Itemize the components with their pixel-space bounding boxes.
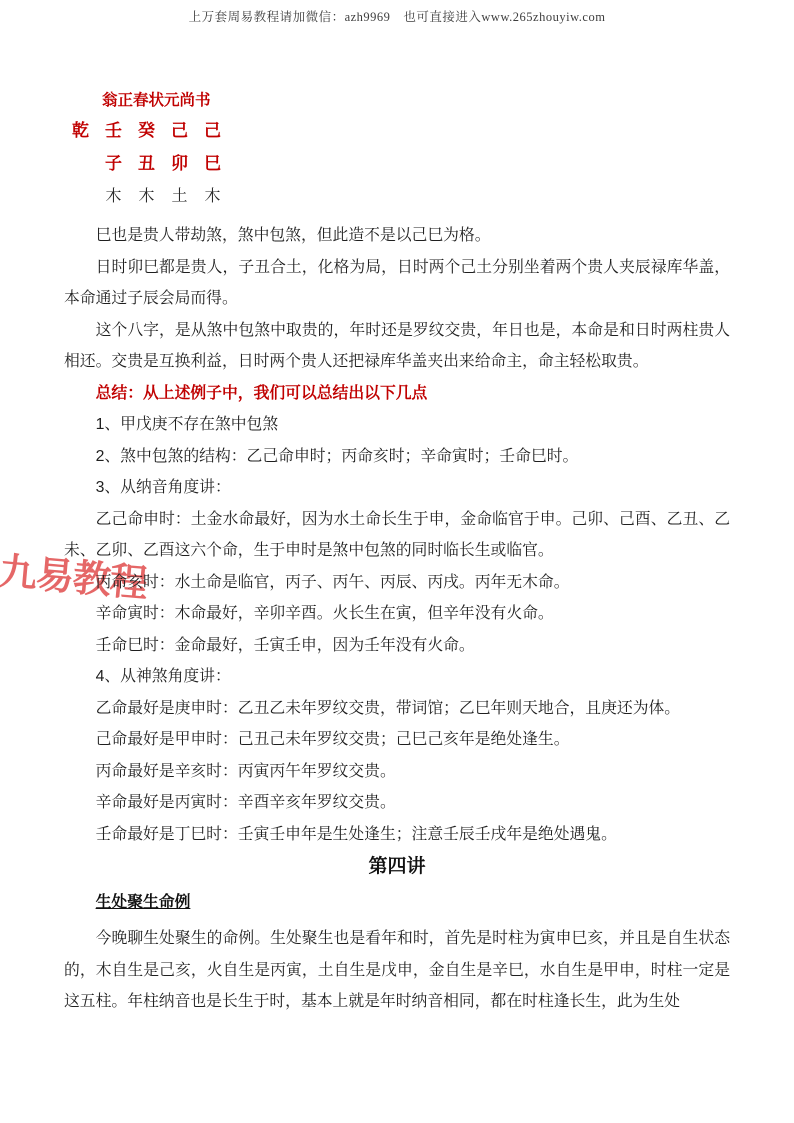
list-item: 4、从神煞角度讲： — [64, 661, 730, 693]
bazi-stem: 己 — [196, 114, 229, 147]
section-subheading: 生处聚生命例 — [64, 887, 730, 919]
bazi-title: 翁正春状元尚书 — [102, 90, 730, 112]
list-item: 乙命最好是庚申时：乙丑乙未年罗纹交贵，带词馆；乙巳年则天地合，且庚还为体。 — [64, 693, 730, 725]
list-item: 丙命亥时：水土命是临官，丙子、丙午、丙辰、丙戌。丙年无木命。 — [64, 567, 730, 599]
bazi-branch: 巳 — [196, 147, 229, 180]
bazi-branch: 卯 — [163, 147, 196, 180]
bazi-stem: 己 — [163, 114, 196, 147]
list-item: 1、甲戊庚不存在煞中包煞 — [64, 409, 730, 441]
paragraph: 巳也是贵人带劫煞，煞中包煞，但此造不是以己巳为格。 — [64, 220, 730, 252]
section-title: 第四讲 — [64, 850, 730, 884]
bazi-nayin: 木 — [97, 180, 130, 213]
bazi-stems-row: 乾 壬 癸 己 己 — [64, 114, 730, 147]
list-item: 壬命巳时：金命最好，壬寅壬申，因为壬年没有火命。 — [64, 630, 730, 662]
list-item: 丙命最好是辛亥时：丙寅丙午年罗纹交贵。 — [64, 756, 730, 788]
page-header-note: 上万套周易教程请加微信：azh9969 也可直接进入www.265zhouyiw… — [0, 7, 794, 25]
document-content: 翁正春状元尚书 乾 壬 癸 己 己 乾 子 丑 卯 巳 乾 木 木 土 木 — [64, 90, 730, 1018]
bazi-branches-row: 乾 子 丑 卯 巳 — [64, 147, 730, 180]
section-subheading-text: 生处聚生命例 — [96, 894, 191, 911]
list-item: 乙己命申时：土金水命最好，因为水土命长生于申，金命临官于申。己卯、己酉、乙丑、乙… — [64, 504, 730, 567]
summary-heading: 总结：从上述例子中，我们可以总结出以下几点 — [64, 378, 730, 410]
list-item: 2、煞中包煞的结构：乙己命申时；丙命亥时；辛命寅时；壬命巳时。 — [64, 441, 730, 473]
bazi-nayin-row: 乾 木 木 土 木 — [64, 180, 730, 213]
list-item: 3、从纳音角度讲： — [64, 472, 730, 504]
document-page: 上万套周易教程请加微信：azh9969 也可直接进入www.265zhouyiw… — [0, 0, 794, 1123]
bazi-nayin: 木 — [196, 180, 229, 213]
paragraph: 这个八字，是从煞中包煞中取贵的，年时还是罗纹交贵，年日也是，本命是和日时两柱贵人… — [64, 315, 730, 378]
bazi-nayin: 土 — [163, 180, 196, 213]
list-item: 辛命寅时：木命最好，辛卯辛酉。火长生在寅，但辛年没有火命。 — [64, 598, 730, 630]
bazi-chart: 乾 壬 癸 己 己 乾 子 丑 卯 巳 乾 木 木 土 木 — [64, 114, 730, 213]
bazi-gender-label: 乾 — [64, 114, 97, 147]
bazi-branch: 子 — [97, 147, 130, 180]
bazi-stem: 壬 — [97, 114, 130, 147]
list-item: 己命最好是甲申时：己丑己未年罗纹交贵；己巳己亥年是绝处逢生。 — [64, 724, 730, 756]
body-text: 巳也是贵人带劫煞，煞中包煞，但此造不是以己巳为格。 日时卯巳都是贵人，子丑合土，… — [64, 220, 730, 1018]
list-item: 辛命最好是丙寅时：辛酉辛亥年罗纹交贵。 — [64, 787, 730, 819]
list-item: 壬命最好是丁巳时：壬寅壬申年是生处逢生；注意壬辰壬戌年是绝处遇鬼。 — [64, 819, 730, 851]
paragraph: 日时卯巳都是贵人，子丑合土，化格为局，日时两个己土分别坐着两个贵人夹辰禄库华盖，… — [64, 252, 730, 315]
bazi-nayin: 木 — [130, 180, 163, 213]
paragraph: 今晚聊生处聚生的命例。生处聚生也是看年和时，首先是时柱为寅申巳亥，并且是自生状态… — [64, 923, 730, 1018]
bazi-branch: 丑 — [130, 147, 163, 180]
bazi-stem: 癸 — [130, 114, 163, 147]
